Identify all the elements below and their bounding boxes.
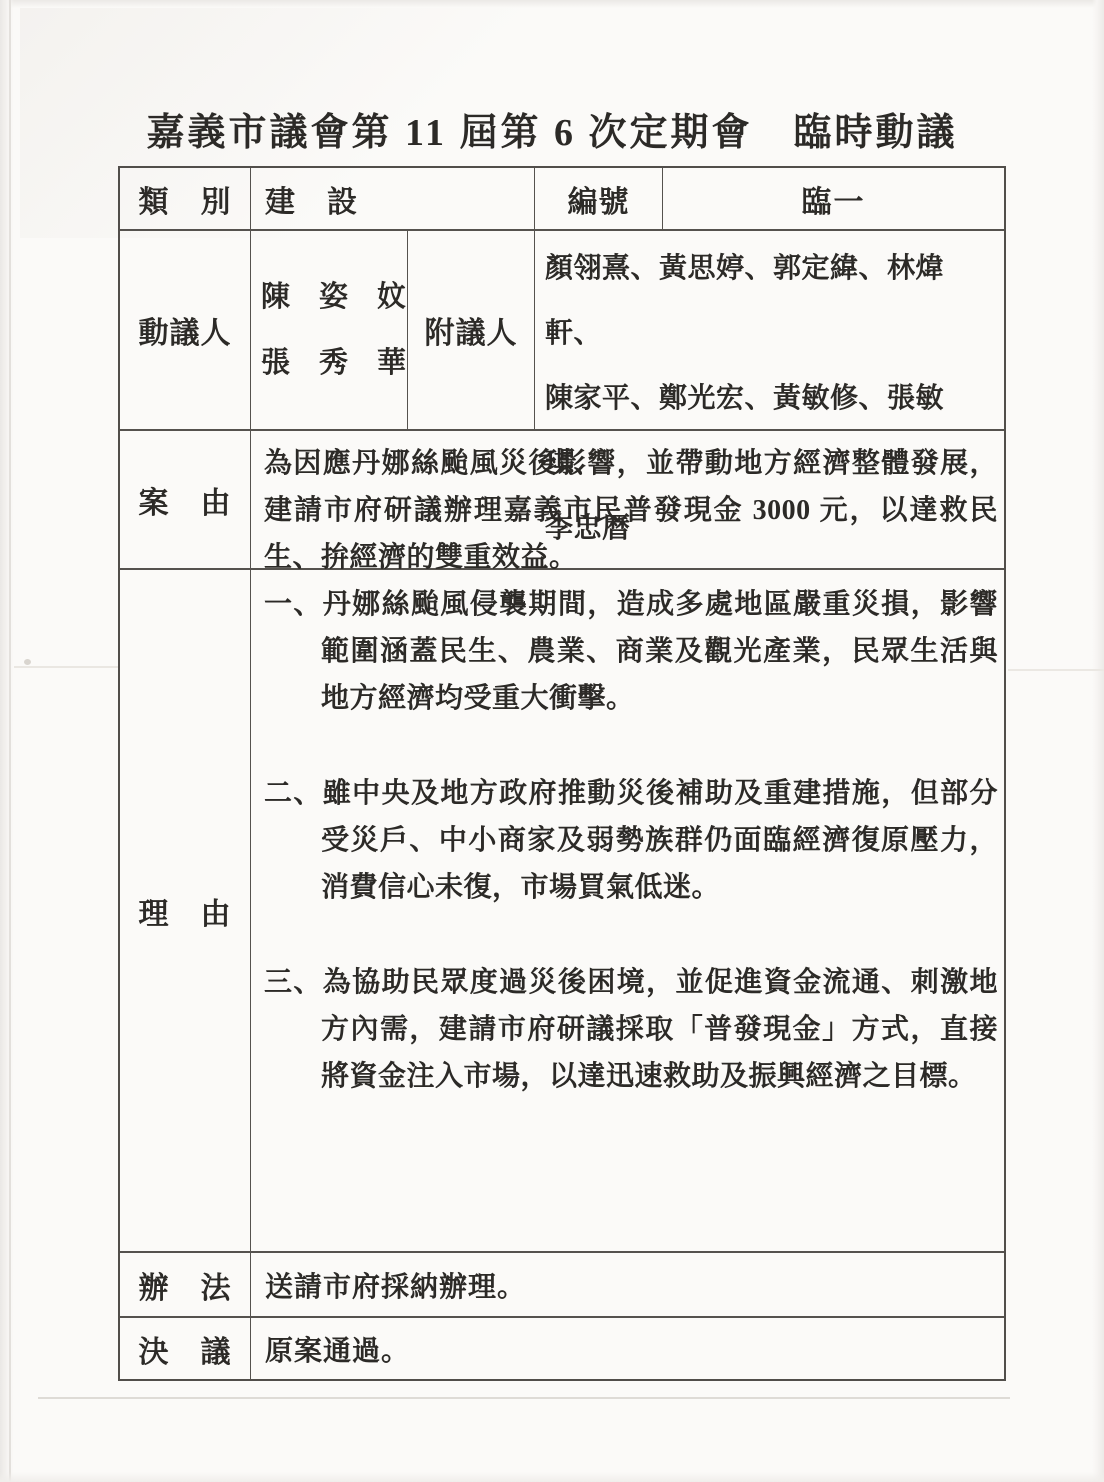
category-value: 建 設: [250, 168, 534, 229]
case-text: 為因應丹娜絲颱風災後影響，並帶動地方經濟整體發展，建請市府研議辦理嘉義市民普發現…: [250, 431, 1004, 568]
row-category: 類 別 建 設 編號 臨一: [120, 168, 1004, 229]
case-label: 案 由: [120, 431, 250, 568]
page-left-edge-line: [9, 0, 11, 1482]
method-text: 送請市府採納辦理。: [250, 1253, 1004, 1316]
resolution-label: 決 議: [120, 1318, 250, 1379]
row-resolution: 決 議 原案通過。: [120, 1316, 1004, 1379]
movers-names: 陳 姿 妏 張 秀 華: [250, 231, 407, 429]
page-bottom-edge-shadow: [0, 1472, 1104, 1482]
resolution-text: 原案通過。: [250, 1318, 1004, 1379]
scanned-document-page: { "page": { "title": "嘉義市議會第 11 屆第 6 次定期…: [0, 0, 1104, 1482]
reason-paragraph-2: 二、雖中央及地方政府推動災後補助及重建措施，但部分受災戶、中小商家及弱勢族群仍面…: [264, 770, 998, 911]
page-left-edge-shadow: [0, 0, 14, 1482]
seconders-line: 顏翎熹、黃思婷、郭定緯、林煒軒、: [545, 236, 1000, 366]
document-title: 嘉義市議會第 11 屆第 6 次定期會 臨時動議: [0, 101, 1104, 156]
method-label: 辦 法: [120, 1253, 250, 1316]
scan-double-line-artifact: [38, 1397, 1010, 1399]
fold-line-right: [1008, 669, 1104, 671]
row-case: 案 由 為因應丹娜絲颱風災後影響，並帶動地方經濟整體發展，建請市府研議辦理嘉義市…: [120, 429, 1004, 568]
motion-table: 類 別 建 設 編號 臨一 動議人 陳 姿 妏 張 秀 華 附議人 顏翎熹、黃思…: [118, 166, 1006, 1381]
row-movers: 動議人 陳 姿 妏 張 秀 華 附議人 顏翎熹、黃思婷、郭定緯、林煒軒、 陳家平…: [120, 229, 1004, 429]
fold-line-left: [14, 666, 120, 668]
mover-name: 陳 姿 妏: [261, 264, 407, 330]
reason-paragraph-3: 三、為協助民眾度過災後困境，並促進資金流通、刺激地方內需，建請市府研議採取「普發…: [264, 959, 998, 1100]
scan-speck: [24, 659, 31, 665]
movers-label: 動議人: [120, 231, 250, 429]
category-label: 類 別: [120, 168, 250, 229]
number-label: 編號: [534, 168, 662, 229]
mover-name: 張 秀 華: [261, 330, 407, 396]
seconders-names: 顏翎熹、黃思婷、郭定緯、林煒軒、 陳家平、鄭光宏、黃敏修、張敏琪、 李忠曆: [534, 231, 1004, 429]
row-reason: 理 由 一、丹娜絲颱風侵襲期間，造成多處地區嚴重災損，影響範圍涵蓋民生、農業、商…: [120, 568, 1004, 1251]
number-value: 臨一: [662, 168, 1004, 229]
seconders-label: 附議人: [407, 231, 534, 429]
page-right-edge-shadow: [1092, 0, 1104, 1482]
page-top-edge-shadow: [0, 0, 1104, 8]
row-method: 辦 法 送請市府採納辦理。: [120, 1251, 1004, 1316]
reason-label: 理 由: [120, 570, 250, 1251]
reason-paragraph-1: 一、丹娜絲颱風侵襲期間，造成多處地區嚴重災損，影響範圍涵蓋民生、農業、商業及觀光…: [264, 581, 998, 722]
reason-text: 一、丹娜絲颱風侵襲期間，造成多處地區嚴重災損，影響範圍涵蓋民生、農業、商業及觀光…: [250, 570, 1004, 1251]
